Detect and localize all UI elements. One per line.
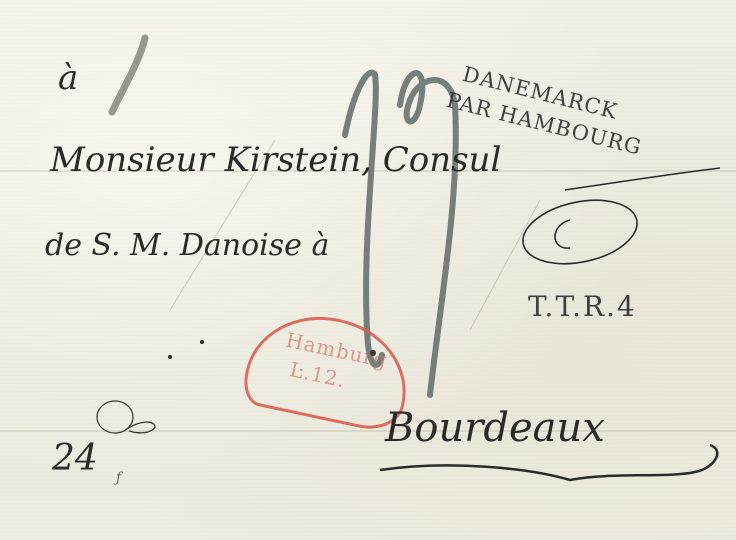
ink-dot bbox=[200, 340, 204, 344]
corner-mark: ƒ bbox=[116, 470, 121, 486]
address-prefix: à bbox=[58, 58, 78, 98]
docket-loop bbox=[85, 395, 165, 455]
address-line1: Monsieur Kirstein, Consul bbox=[50, 140, 501, 180]
ink-dot bbox=[370, 350, 376, 356]
oval-flourish-mark bbox=[510, 190, 650, 280]
ink-dot bbox=[168, 355, 172, 359]
postal-cover: à 13 DANEMARCK PAR HAMBOURG Monsieur Kir… bbox=[0, 0, 736, 540]
ttr-handstamp: T.T.R.4 bbox=[528, 290, 637, 323]
city-underline-flourish bbox=[370, 440, 736, 500]
pencil-mark bbox=[100, 30, 160, 120]
address-line2: de S. M. Danoise à bbox=[45, 228, 329, 263]
